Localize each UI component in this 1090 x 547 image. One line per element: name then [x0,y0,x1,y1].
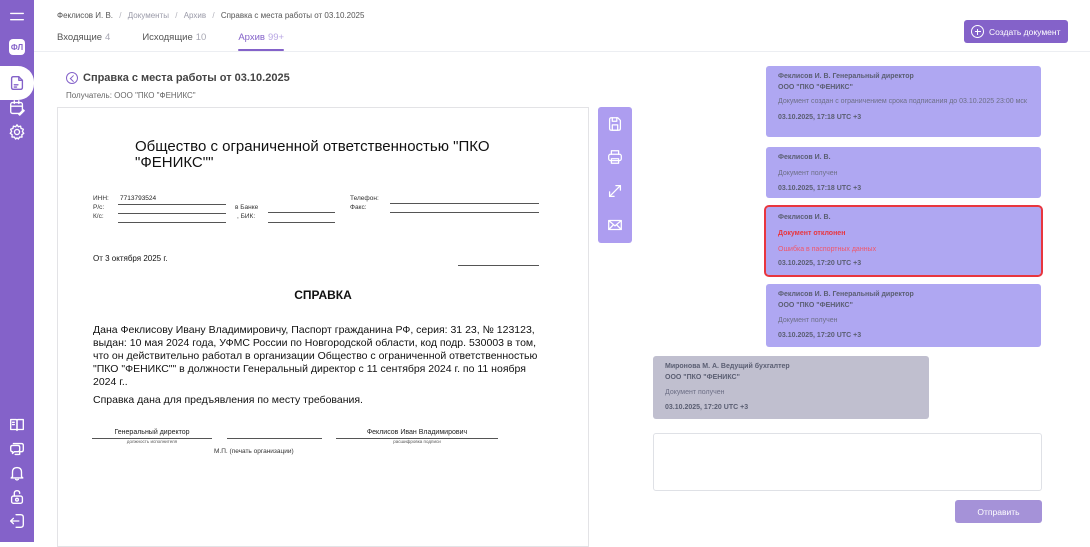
rs-line [118,213,226,214]
breadcrumb: Феклисов И. В. / Документы / Архив / Спр… [57,11,364,20]
comment-input[interactable] [653,433,1042,491]
history-time: 03.10.2025, 17:20 UTC +3 [778,260,1029,267]
rs-label: Р/с: [93,204,104,211]
document-date: От 3 октября 2025 г. [93,254,168,263]
ks-label: К/с: [93,213,104,220]
document-purpose: Справка дана для предъявления по месту т… [93,394,363,406]
tab-count: 10 [196,32,207,43]
book-icon[interactable] [7,415,27,435]
tab-archive[interactable]: Архив99+ [238,32,284,51]
settings-icon[interactable] [7,122,27,142]
expand-icon[interactable] [605,181,625,201]
document-preview: Общество с ограниченной ответственностью… [57,107,589,542]
document-heading: СПРАВКА [58,288,588,302]
history-message: Документ получен [778,169,1029,178]
history-message: Документ создан с ограничением срока под… [778,97,1029,106]
signature-name: Феклисов Иван Владимирович [336,429,498,436]
document-recipient: Получатель: ООО "ПКО "ФЕНИКС" [66,91,196,100]
inn-label: ИНН: [93,195,109,202]
bank-line [268,212,335,213]
inn-value: 7713793524 [120,195,156,202]
breadcrumb-current: Справка с места работы от 03.10.2025 [221,11,365,20]
history-time: 03.10.2025, 17:18 UTC +3 [778,114,1029,121]
fax-label: Факс: [350,204,367,211]
history-time: 03.10.2025, 17:18 UTC +3 [778,185,1029,192]
phone-label: Телефон: [350,195,379,202]
history-item: Феклисов И. В. Генеральный директор ООО … [766,284,1041,347]
history-item-counterparty: Миронова М. А. Ведущий бухгалтер ООО "ПК… [653,356,929,419]
bell-icon[interactable] [7,463,27,483]
history-org: ООО "ПКО "ФЕНИКС" [665,373,917,383]
history-message: Документ получен [665,388,917,397]
bik-label: , БИК: [237,213,255,220]
position-caption: должность исполнителя [92,439,212,444]
calendar-edit-icon[interactable] [7,98,27,118]
inn-line [118,204,226,205]
user-type-badge[interactable]: ФЛ [9,39,25,55]
mail-icon[interactable] [605,215,625,235]
bik-line [268,222,335,223]
print-icon[interactable] [605,147,625,167]
history-author: Феклисов И. В. [778,213,1029,223]
history-time: 03.10.2025, 17:20 UTC +3 [778,332,1029,339]
create-document-button[interactable]: Создать документ [964,20,1068,43]
history-time: 03.10.2025, 17:20 UTC +3 [665,404,917,411]
history-author: Феклисов И. В. Генеральный директор [778,72,1029,82]
tab-incoming[interactable]: Входящие4 [57,32,110,51]
phone-line [390,203,539,204]
history-status-rejected: Документ отклонен [778,229,1029,238]
signature-line [227,438,322,439]
ks-line [118,222,226,223]
history-org: ООО "ПКО "ФЕНИКС" [778,301,1029,311]
send-button[interactable]: Отправить [955,500,1042,523]
tab-count: 99+ [268,32,284,43]
logout-icon[interactable] [7,511,27,531]
support-chat-icon[interactable] [7,439,27,459]
history-item: Феклисов И. В. Генеральный директор ООО … [766,66,1041,137]
tab-count: 4 [105,32,110,43]
breadcrumb-documents[interactable]: Документы [128,11,169,20]
history-author: Феклисов И. В. Генеральный директор [778,290,1029,300]
bank-label: в Банке [235,204,258,211]
menu-icon[interactable] [7,7,27,27]
history-org: ООО "ПКО "ФЕНИКС" [778,83,1029,93]
plus-circle-icon [971,25,984,38]
history-message: Документ получен [778,316,1029,325]
history-author: Феклисов И. В. [778,153,1029,163]
org-name: Общество с ограниченной ответственностью… [135,139,495,171]
document-toolbar [598,107,632,243]
history-item-rejected: Феклисов И. В. Документ отклонен Ошибка … [766,207,1041,275]
stamp-label: М.П. (печать организации) [214,448,294,455]
header-divider [34,51,1090,52]
rejection-reason: Ошибка в паспортных данных [778,246,1029,253]
back-arrow-icon[interactable] [66,72,78,84]
breadcrumb-archive[interactable]: Архив [184,11,206,20]
tab-outgoing[interactable]: Исходящие10 [142,32,206,51]
history-item: Феклисов И. В. Документ получен 03.10.20… [766,147,1041,198]
history-author: Миронова М. А. Ведущий бухгалтер [665,362,917,372]
documents-icon[interactable] [7,73,27,93]
breadcrumb-user[interactable]: Феклисов И. В. [57,11,113,20]
save-icon[interactable] [605,114,625,134]
tabs: Входящие4 Исходящие10 Архив99+ [57,32,316,51]
sidebar: ФЛ [0,0,34,542]
number-line [458,265,539,266]
fax-line [390,212,539,213]
name-caption: расшифровка подписи [336,439,498,444]
document-title: Справка с места работы от 03.10.2025 [83,72,290,84]
lock-icon[interactable] [7,487,27,507]
document-body: Дана Феклисову Ивану Владимировичу, Пасп… [93,324,543,389]
signature-position: Генеральный директор [92,429,212,436]
